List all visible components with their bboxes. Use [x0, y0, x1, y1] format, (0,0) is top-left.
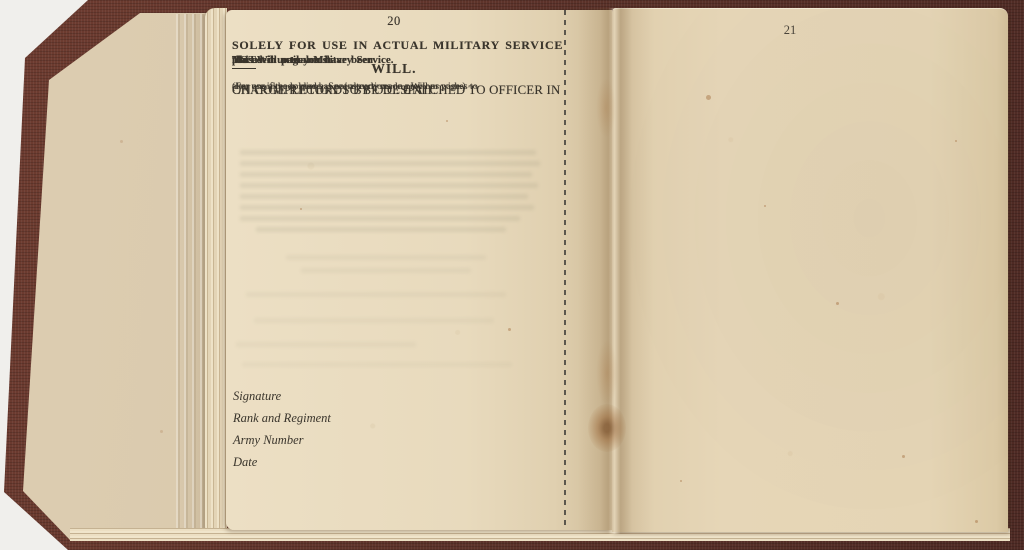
- foxing-speck: [508, 328, 511, 331]
- bleed-through-mark: [286, 255, 486, 260]
- notice-heading: SOLELY FOR USE IN ACTUAL MILITARY SERVIC…: [232, 39, 556, 52]
- foxing-speck: [120, 140, 123, 143]
- will-signature-block: Signature Rank and Regiment Army Number …: [233, 389, 542, 477]
- foxing-speck: [680, 480, 682, 482]
- bleed-through-mark: [246, 292, 506, 297]
- field-signature: Signature: [233, 389, 542, 411]
- field-date: Date: [233, 455, 542, 477]
- right-page: 21: [612, 8, 1008, 532]
- field-label: Signature: [233, 389, 281, 404]
- foxing-speck: [902, 455, 905, 458]
- bleed-through-mark: [240, 150, 536, 155]
- left-page: 20 SOLELY FOR USE IN ACTUAL MILITARY SER…: [226, 10, 612, 530]
- foxing-speck: [764, 205, 766, 207]
- field-label: Army Number: [233, 433, 303, 448]
- bleed-through-mark: [240, 161, 540, 166]
- field-army-number: Army Number: [233, 433, 542, 455]
- bleed-through-mark: [240, 183, 538, 188]
- bleed-through-mark: [242, 362, 512, 367]
- gutter-stain-large: [588, 404, 626, 452]
- foxing-speck: [300, 208, 302, 210]
- gutter-stain-mid: [596, 340, 618, 406]
- bleed-through-mark: [301, 268, 471, 273]
- page-stack-edges-left: [205, 8, 227, 536]
- bleed-through-mark: [240, 205, 534, 210]
- foxing-speck: [955, 140, 957, 142]
- bleed-through-mark: [256, 227, 506, 232]
- perforation-dashed-line: [564, 10, 566, 530]
- bleed-through-mark: [240, 172, 532, 177]
- scanned-paybook: 20 SOLELY FOR USE IN ACTUAL MILITARY SER…: [0, 0, 1024, 550]
- page-number-left: 20: [232, 14, 556, 28]
- despatch-line-2: CHARGE RECORDS BY O.C. UNIT.: [232, 84, 436, 98]
- bleed-through-mark: [236, 342, 416, 347]
- field-label: Rank and Regiment: [233, 411, 331, 426]
- foxing-speck: [706, 95, 711, 100]
- page-number-right: 21: [770, 23, 810, 38]
- field-label: Date: [233, 455, 257, 470]
- foxing-speck: [160, 430, 163, 433]
- foxing-speck: [975, 520, 978, 523]
- left-page-printed-text: 20 SOLELY FOR USE IN ACTUAL MILITARY SER…: [232, 14, 556, 84]
- notice-line-2: placed in actual Military Service.: [232, 54, 394, 68]
- bleed-through-mark: [240, 216, 520, 221]
- gutter-stain-top: [596, 78, 616, 138]
- bleed-through-mark: [240, 194, 528, 199]
- foxing-speck: [446, 120, 448, 122]
- foxing-speck: [836, 302, 839, 305]
- field-rank-and-regiment: Rank and Regiment: [233, 411, 542, 433]
- bleed-through-mark: [254, 318, 494, 323]
